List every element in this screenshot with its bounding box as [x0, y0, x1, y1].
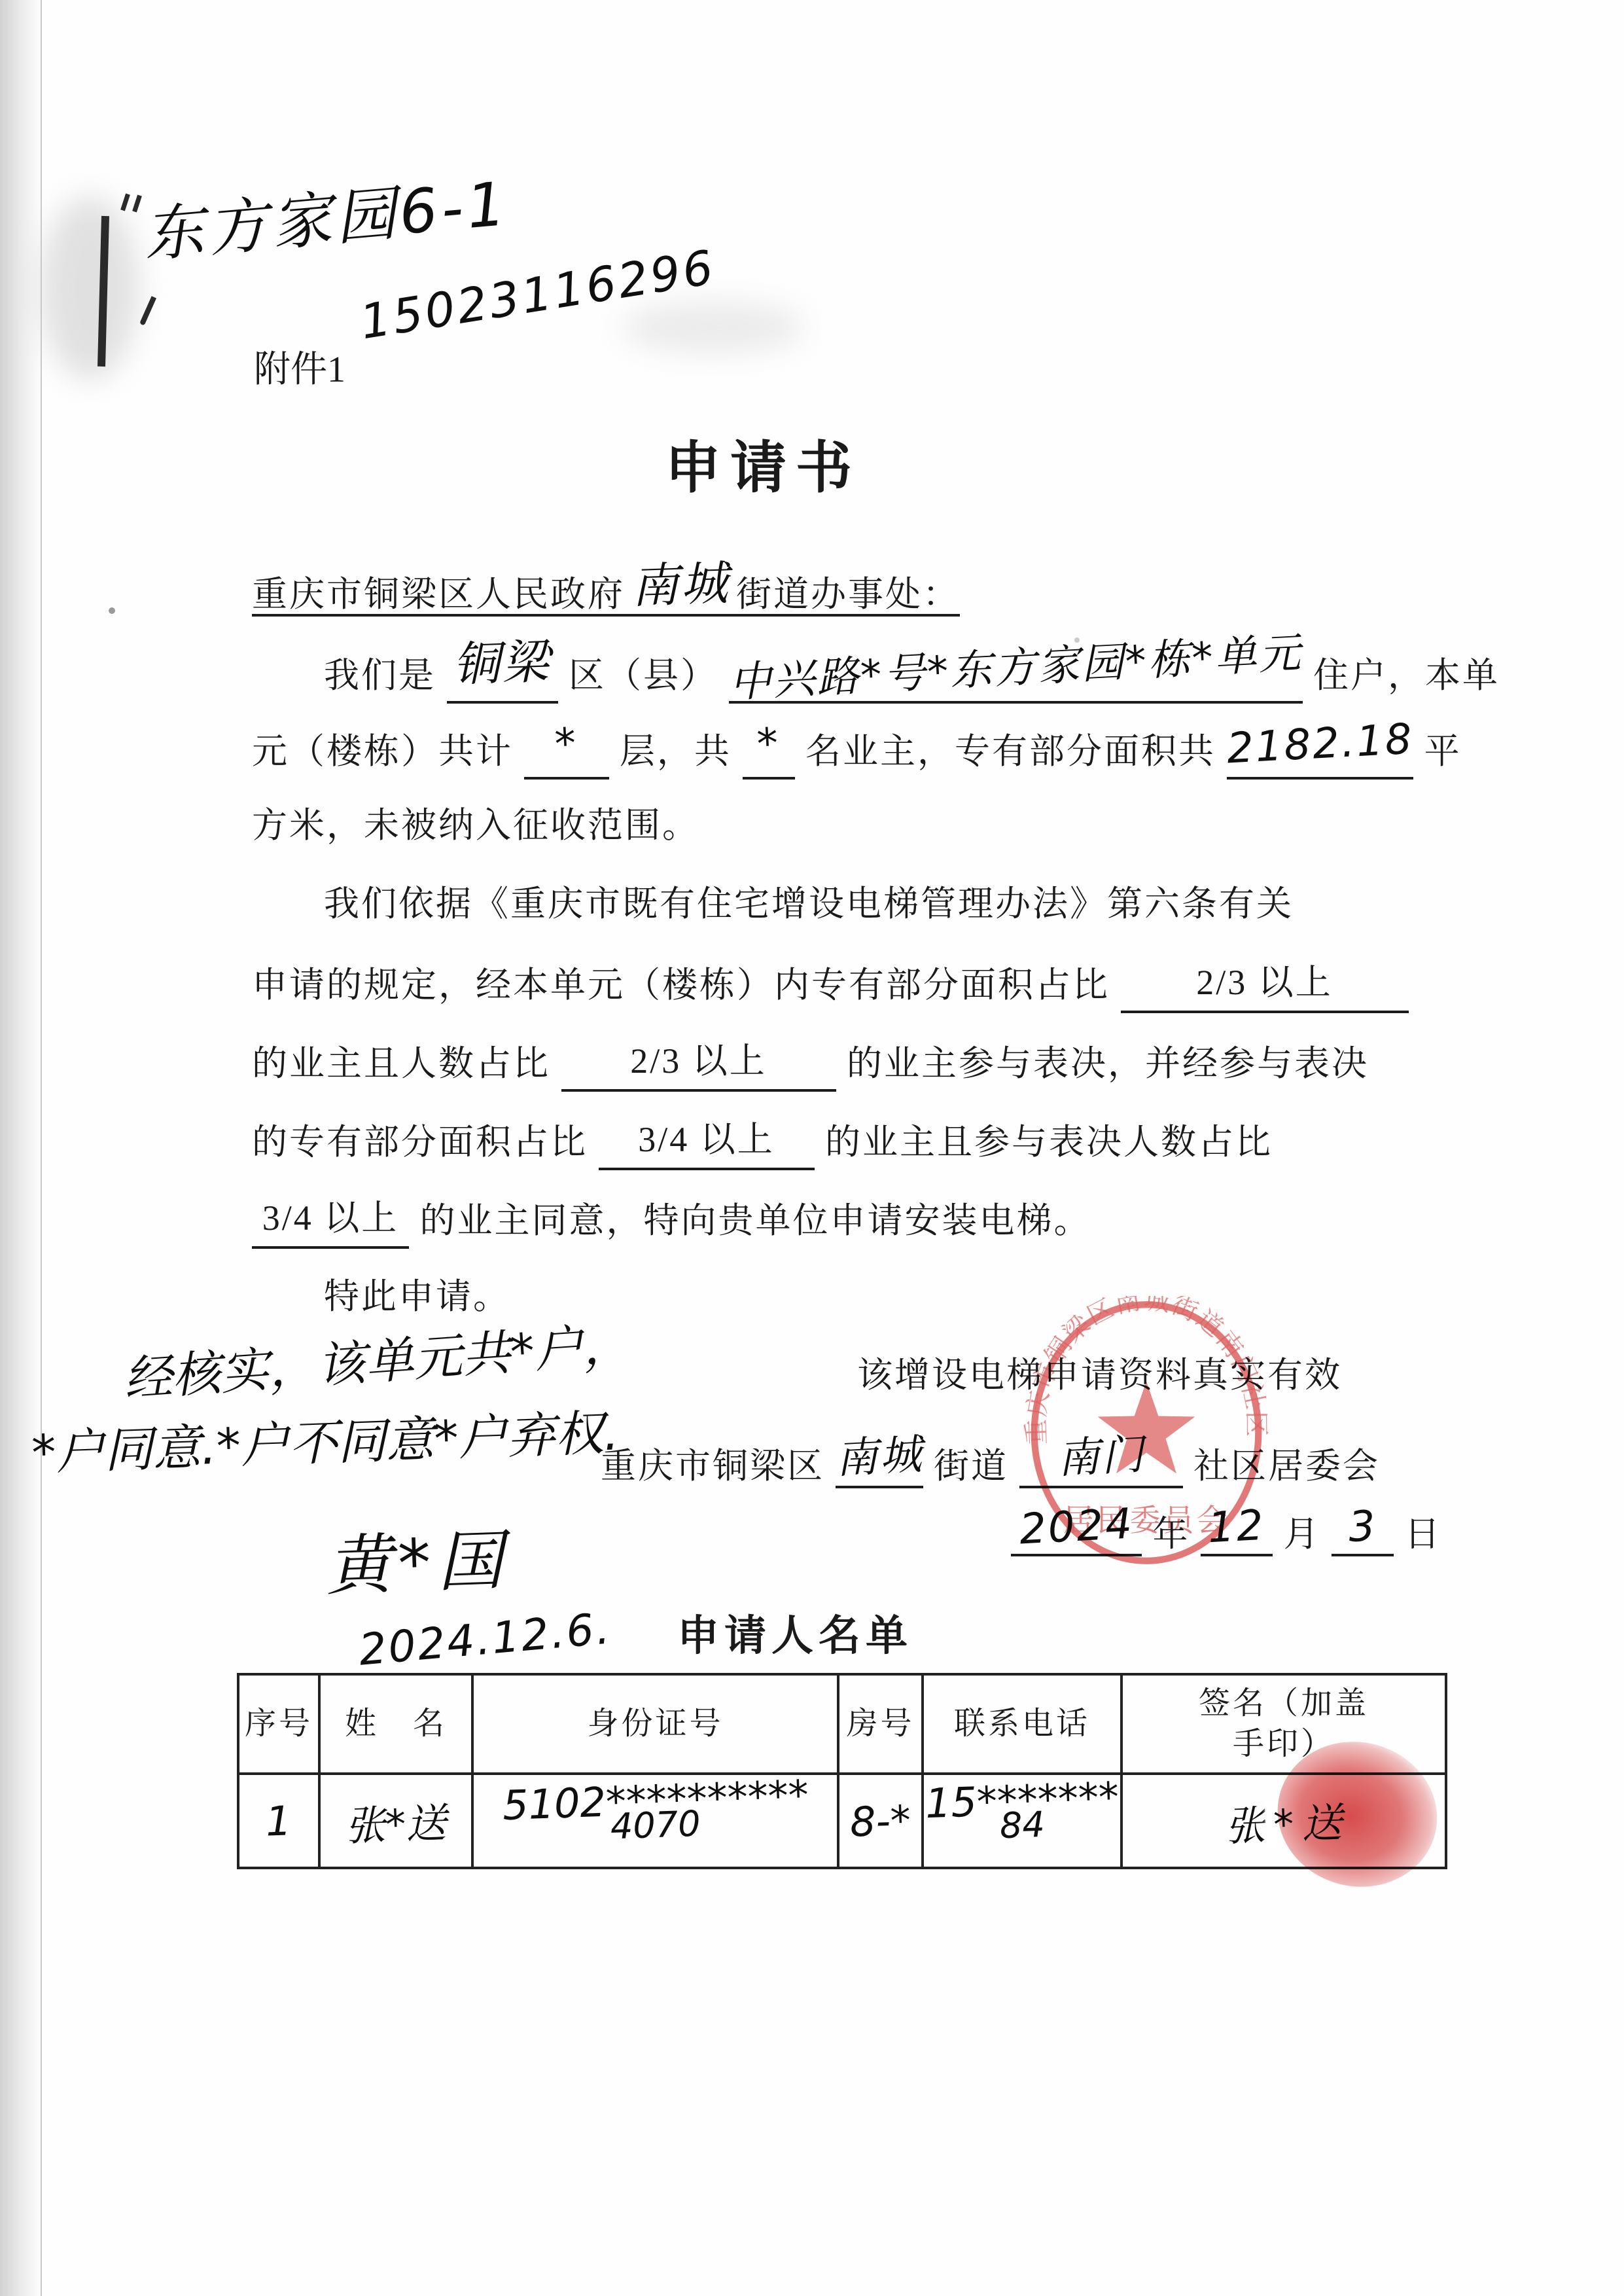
handwritten-room: 8-*	[849, 1796, 911, 1846]
area-blank: 2182.18	[1227, 719, 1414, 780]
cell-serial-no: 1	[238, 1774, 319, 1868]
pen-mark-comma	[139, 296, 156, 325]
attachment-label: 附件1	[254, 340, 345, 393]
body-text: 层，共	[620, 732, 732, 771]
handwritten-street-name: 南城	[631, 554, 731, 614]
headcount-ratio-blank: 2/3 以上	[561, 1033, 836, 1092]
date-label: 日	[1405, 1515, 1442, 1554]
paragraph1-line2: 元（楼栋）共计 * 层，共 * 名业主，专有部分面积共 2182.18 平	[252, 719, 1403, 797]
scan-speck	[109, 607, 115, 614]
committee-red-seal: 重庆市铜梁区南城街道南门社区 居民委员会	[1022, 1296, 1271, 1570]
body-text: 元（楼栋）共计	[252, 732, 513, 771]
scanned-application-document: 东方家园6-1 15023116296 附件1 申请书 重庆市铜梁区人民政府南城…	[0, 0, 1624, 2296]
paragraph1-line3: 方米，未被纳入征收范围。	[252, 797, 1403, 876]
body-text: 平	[1424, 732, 1462, 771]
body-text: 申请的规定，经本单元（楼栋）内专有部分面积占比	[252, 965, 1110, 1005]
paragraph2-line3: 的业主且人数占比 2/3 以上 的业主参与表决，并经参与表决	[252, 1033, 1403, 1111]
handwritten-id-suffix: 4070	[610, 1803, 701, 1848]
body-text: 区（县）	[569, 656, 718, 695]
pen-mark-tick	[120, 194, 130, 211]
street-blank: 南城	[836, 1426, 923, 1488]
paragraph2-line5: 3/4 以上 的业主同意，特向贵单位申请安装电梯。	[252, 1190, 1403, 1268]
scan-left-edge-shadow	[0, 0, 42, 2296]
committee-text: 重庆市铜梁区	[601, 1446, 824, 1486]
district-blank: 铜梁	[447, 640, 558, 704]
body-text: 的业主参与表决，并经参与表决	[847, 1044, 1369, 1083]
body-text: 我们是	[324, 656, 436, 695]
body-text: 的专有部分面积占比	[252, 1122, 588, 1162]
ratio-value: 3/4 以上	[262, 1198, 399, 1238]
handwritten-verification-note-line2: *户同意.*户不同意*户弃权.	[30, 1394, 620, 1484]
handwritten-floor-count: *	[554, 715, 579, 773]
body-text: 的业主同意，特向贵单位申请安装电梯。	[420, 1201, 1091, 1240]
body-text: 方米，未被纳入征收范围。	[252, 806, 699, 845]
cell-room-no: 8-*	[838, 1774, 923, 1868]
body-text: 的业主且参与表决人数占比	[825, 1122, 1273, 1162]
header-id-number: 身份证号	[472, 1674, 838, 1774]
document-title: 申请书	[0, 422, 1526, 503]
area-ratio-blank: 2/3 以上	[1121, 954, 1409, 1013]
date-label: 月	[1284, 1515, 1321, 1554]
ratio-value: 2/3 以上	[1196, 963, 1333, 1002]
address-blank: 中兴路*号*东方家园*栋*单元	[729, 643, 1303, 704]
signature-char: 张	[1224, 1801, 1267, 1850]
body-text: 名业主，专有部分面积共	[805, 732, 1216, 771]
cell-id-number: 5102**********4070	[472, 1774, 838, 1868]
ratio-value: 2/3 以上	[630, 1041, 767, 1081]
header-room-no: 房号	[838, 1674, 923, 1774]
cell-name: 张*送	[319, 1774, 472, 1868]
handwritten-street: 南城	[834, 1421, 925, 1486]
cell-phone: 15*******84	[923, 1774, 1121, 1868]
body-text: 特此申请。	[324, 1277, 510, 1316]
body-text: 的业主且人数占比	[252, 1044, 550, 1083]
paragraph1-line1: 我们是 铜梁 区（县） 中兴路*号*东方家园*栋*单元 住户，本单	[252, 640, 1403, 719]
handwritten-area-value: 2182.18	[1225, 711, 1415, 778]
committee-text: 街道	[934, 1446, 1008, 1486]
applicant-list-title: 申请人名单	[677, 1602, 913, 1662]
applicant-table: 序号 姓 名 身份证号 房号 联系电话 签名（加盖 手印） 1 张*送 5102…	[237, 1673, 1447, 1869]
paragraph2-line2: 申请的规定，经本单元（楼栋）内专有部分面积占比 2/3 以上	[252, 954, 1403, 1033]
seal-star-icon	[1098, 1381, 1195, 1473]
floors-blank: *	[524, 719, 609, 780]
header-phone: 联系电话	[923, 1674, 1121, 1774]
day-blank: 3	[1332, 1505, 1394, 1556]
document-body: 重庆市铜梁区人民政府南城街道办事处： 我们是 铜梁 区（县） 中兴路*号*东方家…	[252, 562, 1403, 1347]
applicant-table-header-row: 序号 姓 名 身份证号 房号 联系电话 签名（加盖 手印）	[238, 1674, 1446, 1774]
body-text: 我们依据《重庆市既有住宅增设电梯管理办法》第六条有关	[324, 884, 1294, 924]
handwritten-approver-date: 2024.12.6.	[357, 1603, 613, 1675]
salutation-text: 街道办事处：	[736, 575, 960, 614]
body-text: 住户，本单	[1313, 656, 1500, 695]
vote-area-ratio-blank: 3/4 以上	[599, 1111, 815, 1170]
ratio-value: 3/4 以上	[638, 1120, 775, 1159]
handwritten-serial: 1	[265, 1797, 292, 1845]
salutation-text: 重庆市铜梁区人民政府	[252, 575, 625, 614]
vote-headcount-ratio-blank: 3/4 以上	[252, 1190, 409, 1249]
handwritten-day: 3	[1347, 1502, 1379, 1552]
scan-smudge-topleft	[41, 196, 139, 380]
handwritten-owner-count: *	[756, 715, 781, 773]
paragraph2-line1: 我们依据《重庆市既有住宅增设电梯管理办法》第六条有关	[252, 876, 1403, 954]
scan-page-edge-line	[41, 0, 42, 2296]
header-name: 姓 名	[319, 1674, 472, 1774]
seal-bottom-text: 居民委员会	[1063, 1503, 1230, 1539]
applicant-table-row: 1 张*送 5102**********4070 8-* 15*******84…	[238, 1774, 1446, 1868]
handwritten-approver-signature: 黄*国	[325, 1507, 511, 1608]
handwritten-address-note: 东方家园6-1	[139, 156, 512, 274]
handwritten-phone-suffix: 84	[999, 1804, 1046, 1846]
paragraph2-line4: 的专有部分面积占比 3/4 以上 的业主且参与表决人数占比	[252, 1111, 1403, 1190]
header-serial-no: 序号	[238, 1674, 319, 1774]
handwritten-name: 张*送	[344, 1790, 448, 1852]
scan-smudge-title	[622, 301, 805, 353]
owners-blank: *	[743, 719, 795, 780]
handwritten-district: 铜梁	[452, 633, 552, 692]
